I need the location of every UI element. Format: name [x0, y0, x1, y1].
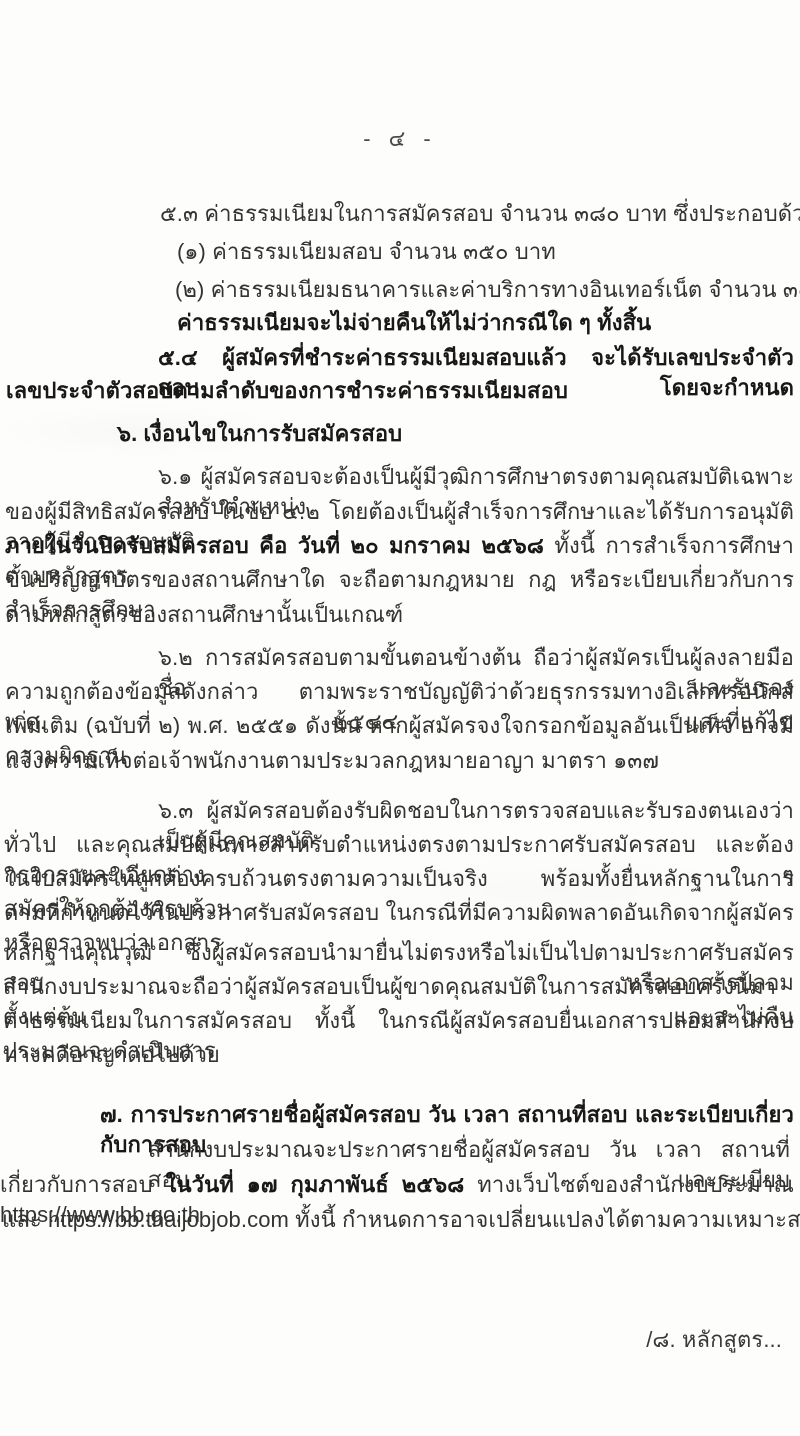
fee-no-refund-note: ค่าธรรมเนียมจะไม่จ่ายคืนให้ไม่ว่ากรณีใด …	[177, 308, 651, 338]
document-page: - ๔ - ๕.๓ ค่าธรรมเนียมในการสมัครสอบ จำนว…	[0, 0, 800, 1436]
clause-5-3-item-1: (๑) ค่าธรรมเนียมสอบ จำนวน ๓๕๐ บาท	[177, 237, 556, 267]
clause-6-1-line-4: ขั้นปริญญาบัตรของสถานศึกษาใด จะถือตามกฎห…	[5, 565, 794, 603]
clause-6-1-line-3: ภายในวันปิดรับสมัครสอบ คือ วันที่ ๒๐ มกร…	[5, 531, 794, 569]
page-number-text: - ๔ -	[363, 126, 437, 151]
section-7-line-3: และ https://bb.thaijobjob.com ทั้งนี้ กำ…	[2, 1205, 800, 1235]
clause-6-1-line-2: ของผู้มีสิทธิสมัครสอบ ในข้อ ๔.๒ โดยต้องเ…	[5, 497, 794, 535]
clause-6-3-line-7: ค่าธรรมเนียมในการสมัครสอบ ทั้งนี้ ในกรณี…	[3, 1006, 794, 1044]
clause-6-2-line-1: ๖.๒ การสมัครสอบตามขั้นตอนข้างต้น ถือว่าผ…	[158, 643, 794, 681]
clause-6-3-line-5: หลักฐานคุณวุฒิ ซึ่งผู้สมัครสอบนำมายื่นไม…	[3, 938, 794, 976]
clause-6-3-line-2: ทั่วไป และคุณสมบัติเฉพาะสำหรับตำแหน่งตรง…	[4, 830, 794, 868]
clause-5-4-line-2: เลขประจำตัวสอบตามลำดับของการชำระค่าธรรมเ…	[6, 376, 568, 406]
clause-5-3-item-2: (๒) ค่าธรรมเนียมธนาคารและค่าบริการทางอิน…	[175, 275, 800, 305]
section-6-heading: ๖. เงื่อนไขในการรับสมัครสอบ	[117, 419, 402, 449]
clause-6-3-line-6: สำนักงบประมาณจะถือว่าผู้สมัครสอบเป็นผู้ข…	[3, 972, 794, 1010]
clause-6-3-line-3: ในใบสมัครให้ถูกต้องครบถ้วนตรงตามความเป็น…	[4, 864, 794, 902]
section-7-line-1: สำนักงบประมาณจะประกาศรายชื่อผู้สมัครสอบ …	[148, 1135, 790, 1173]
clause-6-2-line-2: ความถูกต้องข้อมูลดังกล่าว ตามพระราชบัญญั…	[5, 677, 794, 715]
clause-6-1-line-5: ตามหลักสูตรของสถานศึกษานั้นเป็นเกณฑ์	[5, 600, 403, 630]
clause-6-3-line-8: ทางคดีอาญาต่อไปด้วย	[3, 1040, 220, 1070]
continuation-note: /๘. หลักสูตร...	[646, 1325, 782, 1355]
clause-6-1-line-1: ๖.๑ ผู้สมัครสอบจะต้องเป็นผู้มีวุฒิการศึก…	[158, 462, 794, 500]
section-7-heading: ๗. การประกาศรายชื่อผู้สมัครสอบ วัน เวลา …	[100, 1100, 794, 1138]
clause-5-3: ๕.๓ ค่าธรรมเนียมในการสมัครสอบ จำนวน ๓๘๐ …	[160, 199, 800, 229]
section-7-line-2: เกี่ยวกับการสอบ ในวันที่ ๑๗ กุมภาพันธ์ ๒…	[0, 1170, 794, 1208]
page-number: - ๔ -	[0, 124, 800, 154]
clause-6-2-line-3: เพิ่มเติม (ฉบับที่ ๒) พ.ศ. ๒๕๕๑ ดังนั้น …	[5, 711, 794, 749]
clause-6-3-line-4: ตามที่กำหนดไว้ในประกาศรับสมัครสอบ ในกรณี…	[4, 898, 794, 936]
clause-6-2-line-4: แจ้งความเท็จต่อเจ้าพนักงานตามประมวลกฎหมา…	[5, 746, 659, 776]
clause-6-3-line-1: ๖.๓ ผู้สมัครสอบต้องรับผิดชอบในการตรวจสอบ…	[158, 796, 794, 834]
